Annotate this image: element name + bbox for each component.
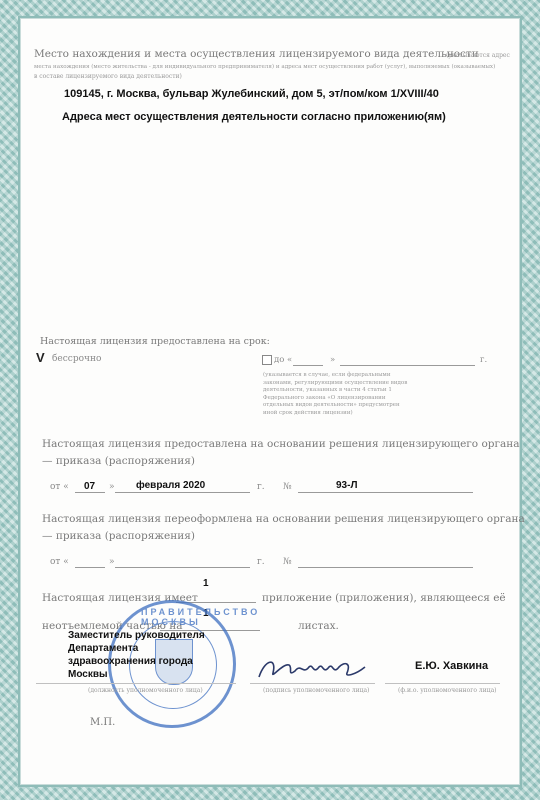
term-until-note: (указывается в случае, если федеральными… bbox=[263, 372, 413, 417]
reissued-number-label: № bbox=[283, 557, 292, 567]
stamp-text: ПРАВИТЕЛЬСТВО МОСКВЫ bbox=[141, 607, 260, 627]
signature-line bbox=[250, 683, 375, 684]
granted-number: 93-Л bbox=[336, 480, 357, 491]
reissued-day-line bbox=[75, 567, 105, 568]
term-until-year-suffix: г. bbox=[480, 355, 487, 365]
appendix-count: 1 bbox=[203, 578, 209, 589]
appendix-text-2: приложение (приложения), являющееся её bbox=[262, 592, 506, 604]
granted-month-line bbox=[115, 492, 250, 493]
checkbox-indefinite-checked-icon[interactable]: V bbox=[36, 350, 45, 365]
granted-close-quote: » bbox=[109, 482, 115, 492]
caption-position: (должность уполномоченного лица) bbox=[88, 686, 203, 695]
reissued-heading-2: — приказа (распоряжения) bbox=[42, 530, 195, 542]
granted-day: 07 bbox=[84, 481, 95, 492]
granted-day-line bbox=[75, 492, 105, 493]
signer-position-line-2: Департамента bbox=[68, 643, 138, 654]
caption-signature: (подпись уполномоченного лица) bbox=[263, 686, 369, 695]
signer-position-line-4: Москвы bbox=[68, 669, 108, 680]
granted-number-line bbox=[298, 492, 473, 493]
term-indefinite-label: бессрочно bbox=[52, 354, 101, 364]
reissued-month-line bbox=[115, 567, 250, 568]
granted-year-suffix: г. bbox=[257, 482, 265, 492]
reissued-close-quote: » bbox=[109, 557, 115, 567]
signer-position-line-3: здравоохранения города bbox=[68, 656, 193, 667]
checkbox-until[interactable] bbox=[262, 355, 272, 365]
term-until-day-line bbox=[293, 365, 323, 366]
appendix-text-4: листах. bbox=[298, 620, 339, 632]
granted-month-year: февраля 2020 bbox=[136, 480, 205, 491]
signer-position-line-1: Заместитель руководителя bbox=[68, 630, 205, 641]
granted-from-label: от « bbox=[50, 482, 69, 492]
reissued-number-line bbox=[298, 567, 473, 568]
position-line bbox=[36, 683, 236, 684]
reissued-heading: Настоящая лицензия переоформлена на осно… bbox=[42, 513, 525, 525]
handwritten-signature bbox=[255, 653, 375, 683]
signer-name: Е.Ю. Хавкина bbox=[415, 660, 488, 672]
location-note-1: (указываются адрес bbox=[446, 51, 510, 60]
location-note-3: в составе лицензируемого вида деятельнос… bbox=[34, 72, 182, 81]
seal-label: М.П. bbox=[90, 717, 115, 728]
term-heading: Настоящая лицензия предоставлена на срок… bbox=[40, 336, 270, 347]
address: 109145, г. Москва, бульвар Жулебинский, … bbox=[64, 88, 439, 100]
location-heading: Место нахождения и места осуществления л… bbox=[34, 48, 479, 60]
location-note-2: места нахождения (место жительства - для… bbox=[34, 63, 504, 72]
term-until-date-line bbox=[340, 365, 475, 366]
granted-number-label: № bbox=[283, 482, 292, 492]
term-until-label: до « bbox=[274, 355, 292, 365]
name-line bbox=[385, 683, 500, 684]
granted-heading-2: — приказа (распоряжения) bbox=[42, 455, 195, 467]
reissued-year-suffix: г. bbox=[257, 557, 265, 567]
caption-name: (ф.и.о. уполномоченного лица) bbox=[398, 686, 497, 695]
term-until-close-quote: » bbox=[330, 355, 335, 365]
reissued-from-label: от « bbox=[50, 557, 69, 567]
activity-addresses: Адреса мест осуществления деятельности с… bbox=[62, 111, 446, 123]
granted-heading: Настоящая лицензия предоставлена на осно… bbox=[42, 438, 520, 450]
